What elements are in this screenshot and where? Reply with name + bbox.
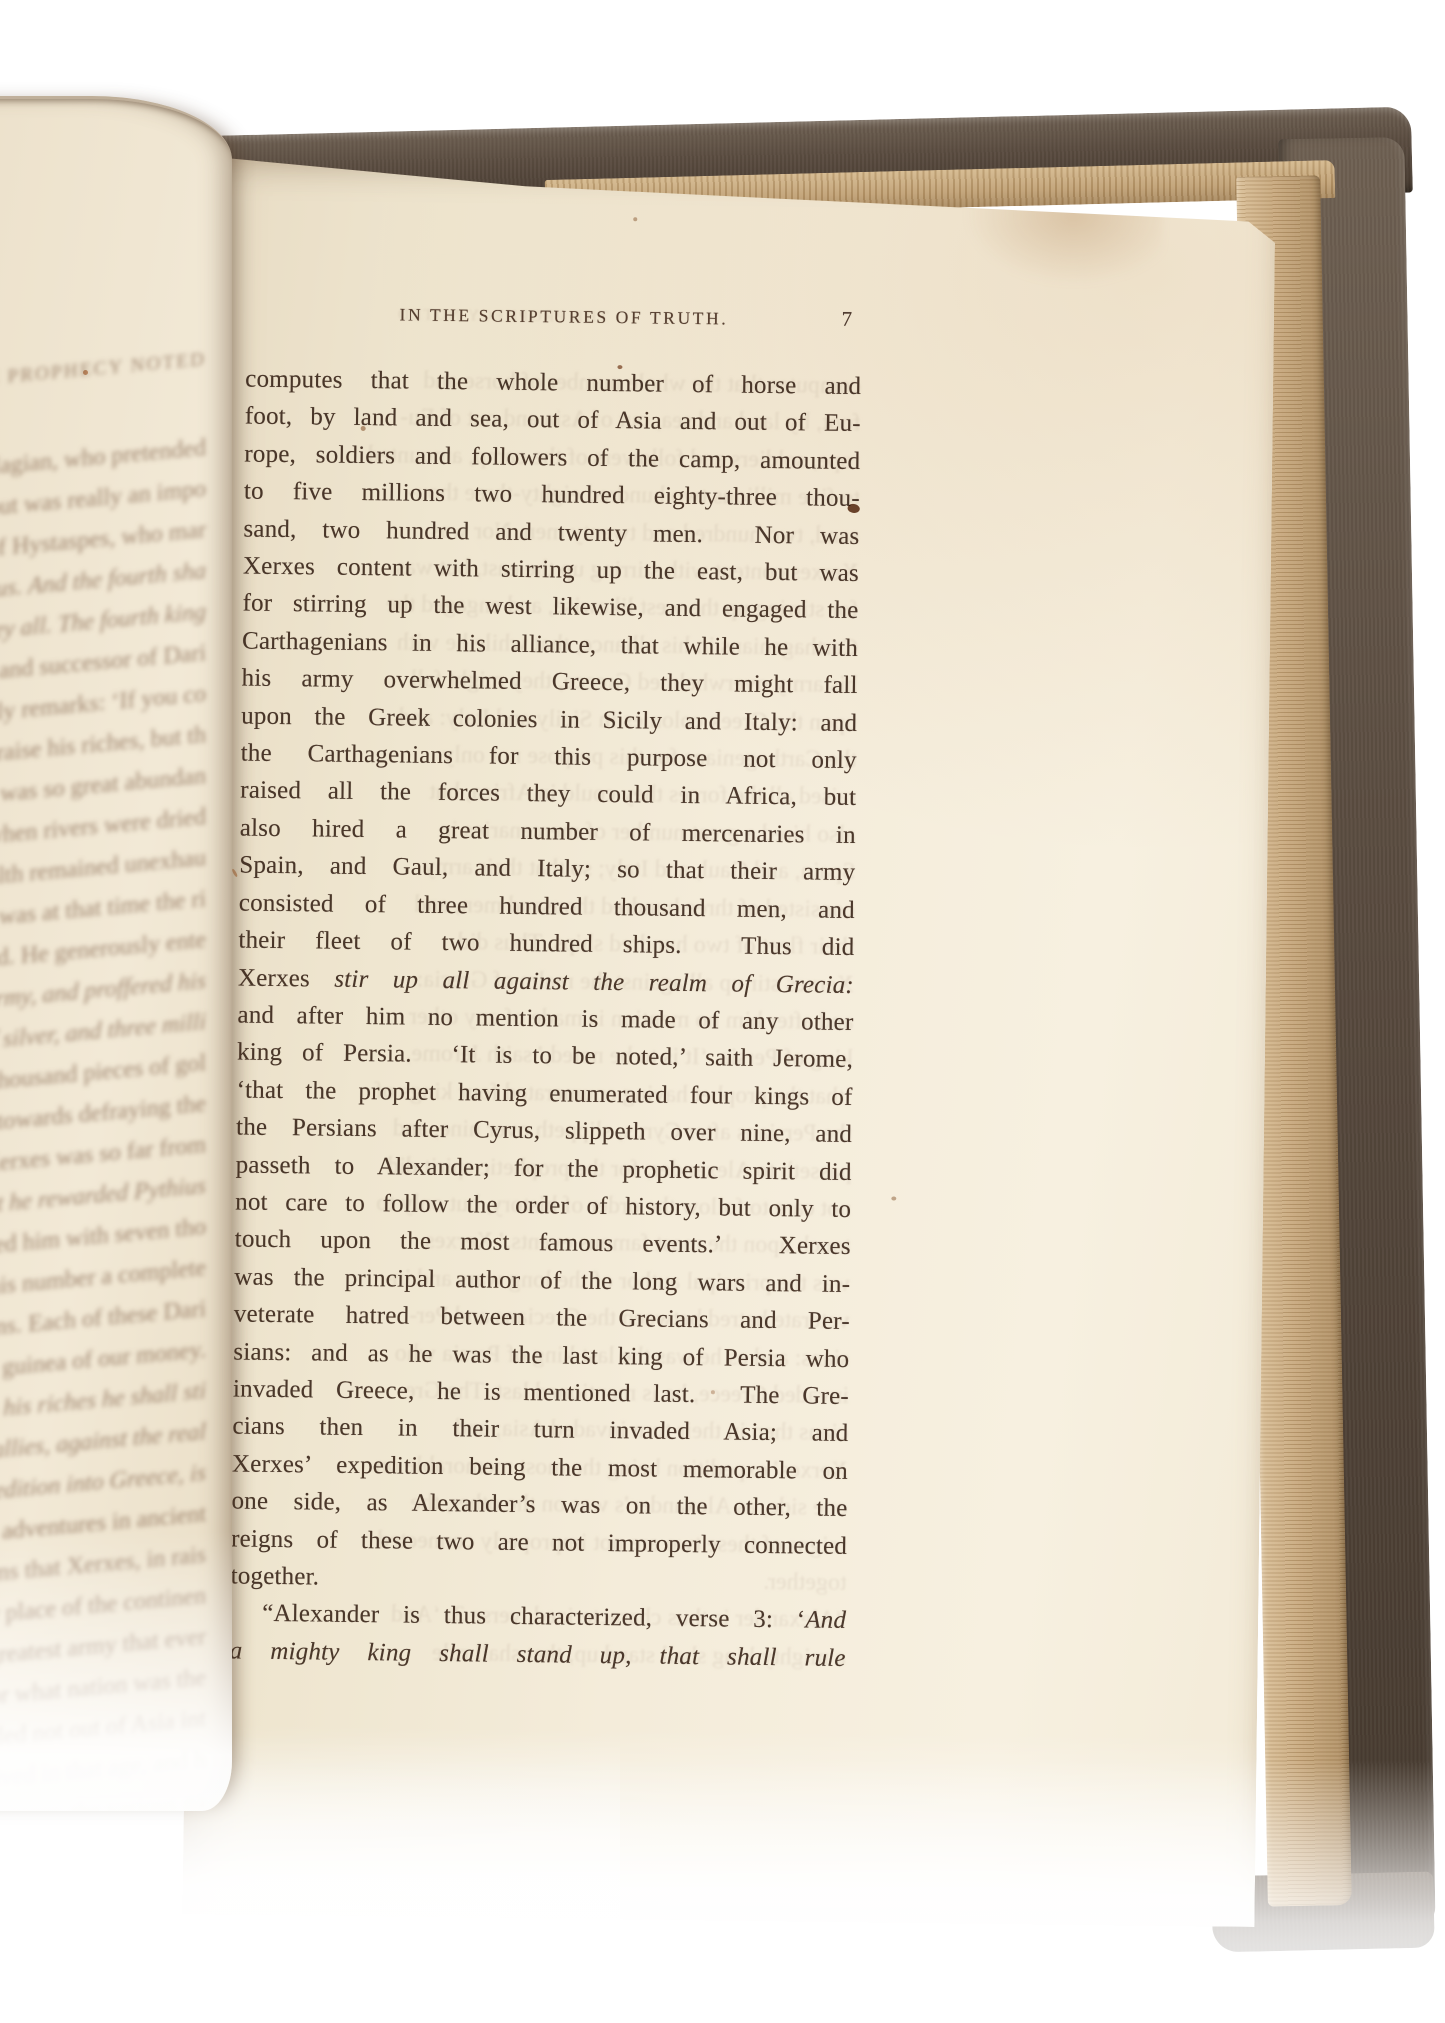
foxing-speck xyxy=(231,868,238,877)
body-line-segment: his army overwhelmed Greece, they might … xyxy=(241,665,857,700)
body-line-segment: their fleet of two hundred ships. Thus d… xyxy=(238,927,854,962)
body-line-segment: was the principal author of the long war… xyxy=(234,1263,850,1298)
body-line-segment: foot, by land and sea, out of Asia and o… xyxy=(245,403,861,438)
body-line-segment: one side, as Alexander’s was on the othe… xyxy=(231,1488,847,1523)
body-line-segment: computes that the whole number of horse … xyxy=(245,366,861,401)
body-line-segment: invaded Greece, he is mentioned last. Th… xyxy=(233,1375,849,1410)
body-line-segment: king of Persia. ‘It is to be noted,’ sai… xyxy=(237,1039,853,1074)
body-line-segment: to five millions two hundred eighty-thre… xyxy=(244,478,860,513)
left-page: THE PROPHECY NOTED the Magian, who prete… xyxy=(0,96,232,1811)
body-line-segment: And xyxy=(805,1607,846,1634)
body-line-segment: sand, two hundred and twenty men. Nor wa… xyxy=(243,515,859,550)
body-line-segment: reigns of these two are not improperly c… xyxy=(231,1525,847,1560)
body-line-segment: and after him no mention is made of any … xyxy=(237,1001,853,1036)
body-line-segment: raised all the forces they could in Afri… xyxy=(240,777,856,812)
body-line-segment: the Carthagenians for this purpose not o… xyxy=(241,740,857,775)
book-photo: IN THE SCRIPTURES OF TRUTH. 7 THE PROPHE… xyxy=(0,0,1445,2023)
right-page: IN THE SCRIPTURES OF TRUTH. 7 THE PROPHE… xyxy=(183,156,1276,1927)
body-line-segment: consisted of three hundred thousand men,… xyxy=(239,889,855,924)
body-line-segment: ‘that the prophet having enumerated four… xyxy=(236,1076,852,1111)
body-line: reigns of these two are not improperly c… xyxy=(231,1520,847,1565)
page-bottom-fade xyxy=(183,1724,1257,1927)
text-block: IN THE SCRIPTURES OF TRUTH. 7 THE PROPHE… xyxy=(230,157,864,1678)
body-line-segment: veterate hatred between the Grecians and… xyxy=(234,1301,850,1336)
body-line-segment: “Alexander is thus characterized, verse … xyxy=(262,1600,805,1634)
body-line-segment: sians: and as he was the last king of Pe… xyxy=(233,1338,849,1373)
body-line-segment: upon the Greek colonies in Sicily and It… xyxy=(241,702,857,737)
body-line-segment: Xerxes’ expedition being the most memora… xyxy=(232,1450,848,1485)
page-text: computes that the whole number of horse … xyxy=(230,361,862,1678)
body-line-segment: passeth to Alexander; for the prophetic … xyxy=(236,1151,852,1186)
body-line-segment: Spain, and Gaul, and Italy; so that thei… xyxy=(239,852,855,887)
left-page-bottom-fade xyxy=(0,1531,232,1811)
ghost-running-title: THE PROPHECY NOTED xyxy=(396,306,609,327)
body-line-segment: Xerxes content with stirring up the east… xyxy=(243,553,859,588)
body-line-segment: touch upon the most famous events.’ Xerx… xyxy=(235,1226,851,1261)
body-line-segment: not care to follow the order of history,… xyxy=(235,1188,851,1223)
body-line-segment: the Persians after Cyrus, slippeth over … xyxy=(236,1114,852,1149)
body-line-segment: also hired a great number of mercenaries… xyxy=(240,814,856,849)
body-line-segment: together. xyxy=(230,1562,319,1590)
body-line-segment: stir up all against the realm of Grecia: xyxy=(334,965,854,998)
body-line-segment: for stirring up the west likewise, and e… xyxy=(242,590,858,625)
page-number: 7 xyxy=(841,307,852,332)
body-line-segment: Xerxes xyxy=(238,964,335,992)
body-line-segment: a mighty king shall stand up, that shall… xyxy=(230,1637,846,1672)
body-line: a mighty king shall stand up, that shall… xyxy=(230,1632,846,1677)
body-line-segment: cians then in their turn invaded Asia; a… xyxy=(232,1413,848,1448)
body-line-segment: Carthagenians in his alliance, that whil… xyxy=(242,627,858,662)
foxing-speck xyxy=(891,1196,896,1200)
body-line-segment: rope, soldiers and followers of the camp… xyxy=(244,440,860,475)
left-running-title: THE PROPHECY NOTED xyxy=(0,339,206,421)
